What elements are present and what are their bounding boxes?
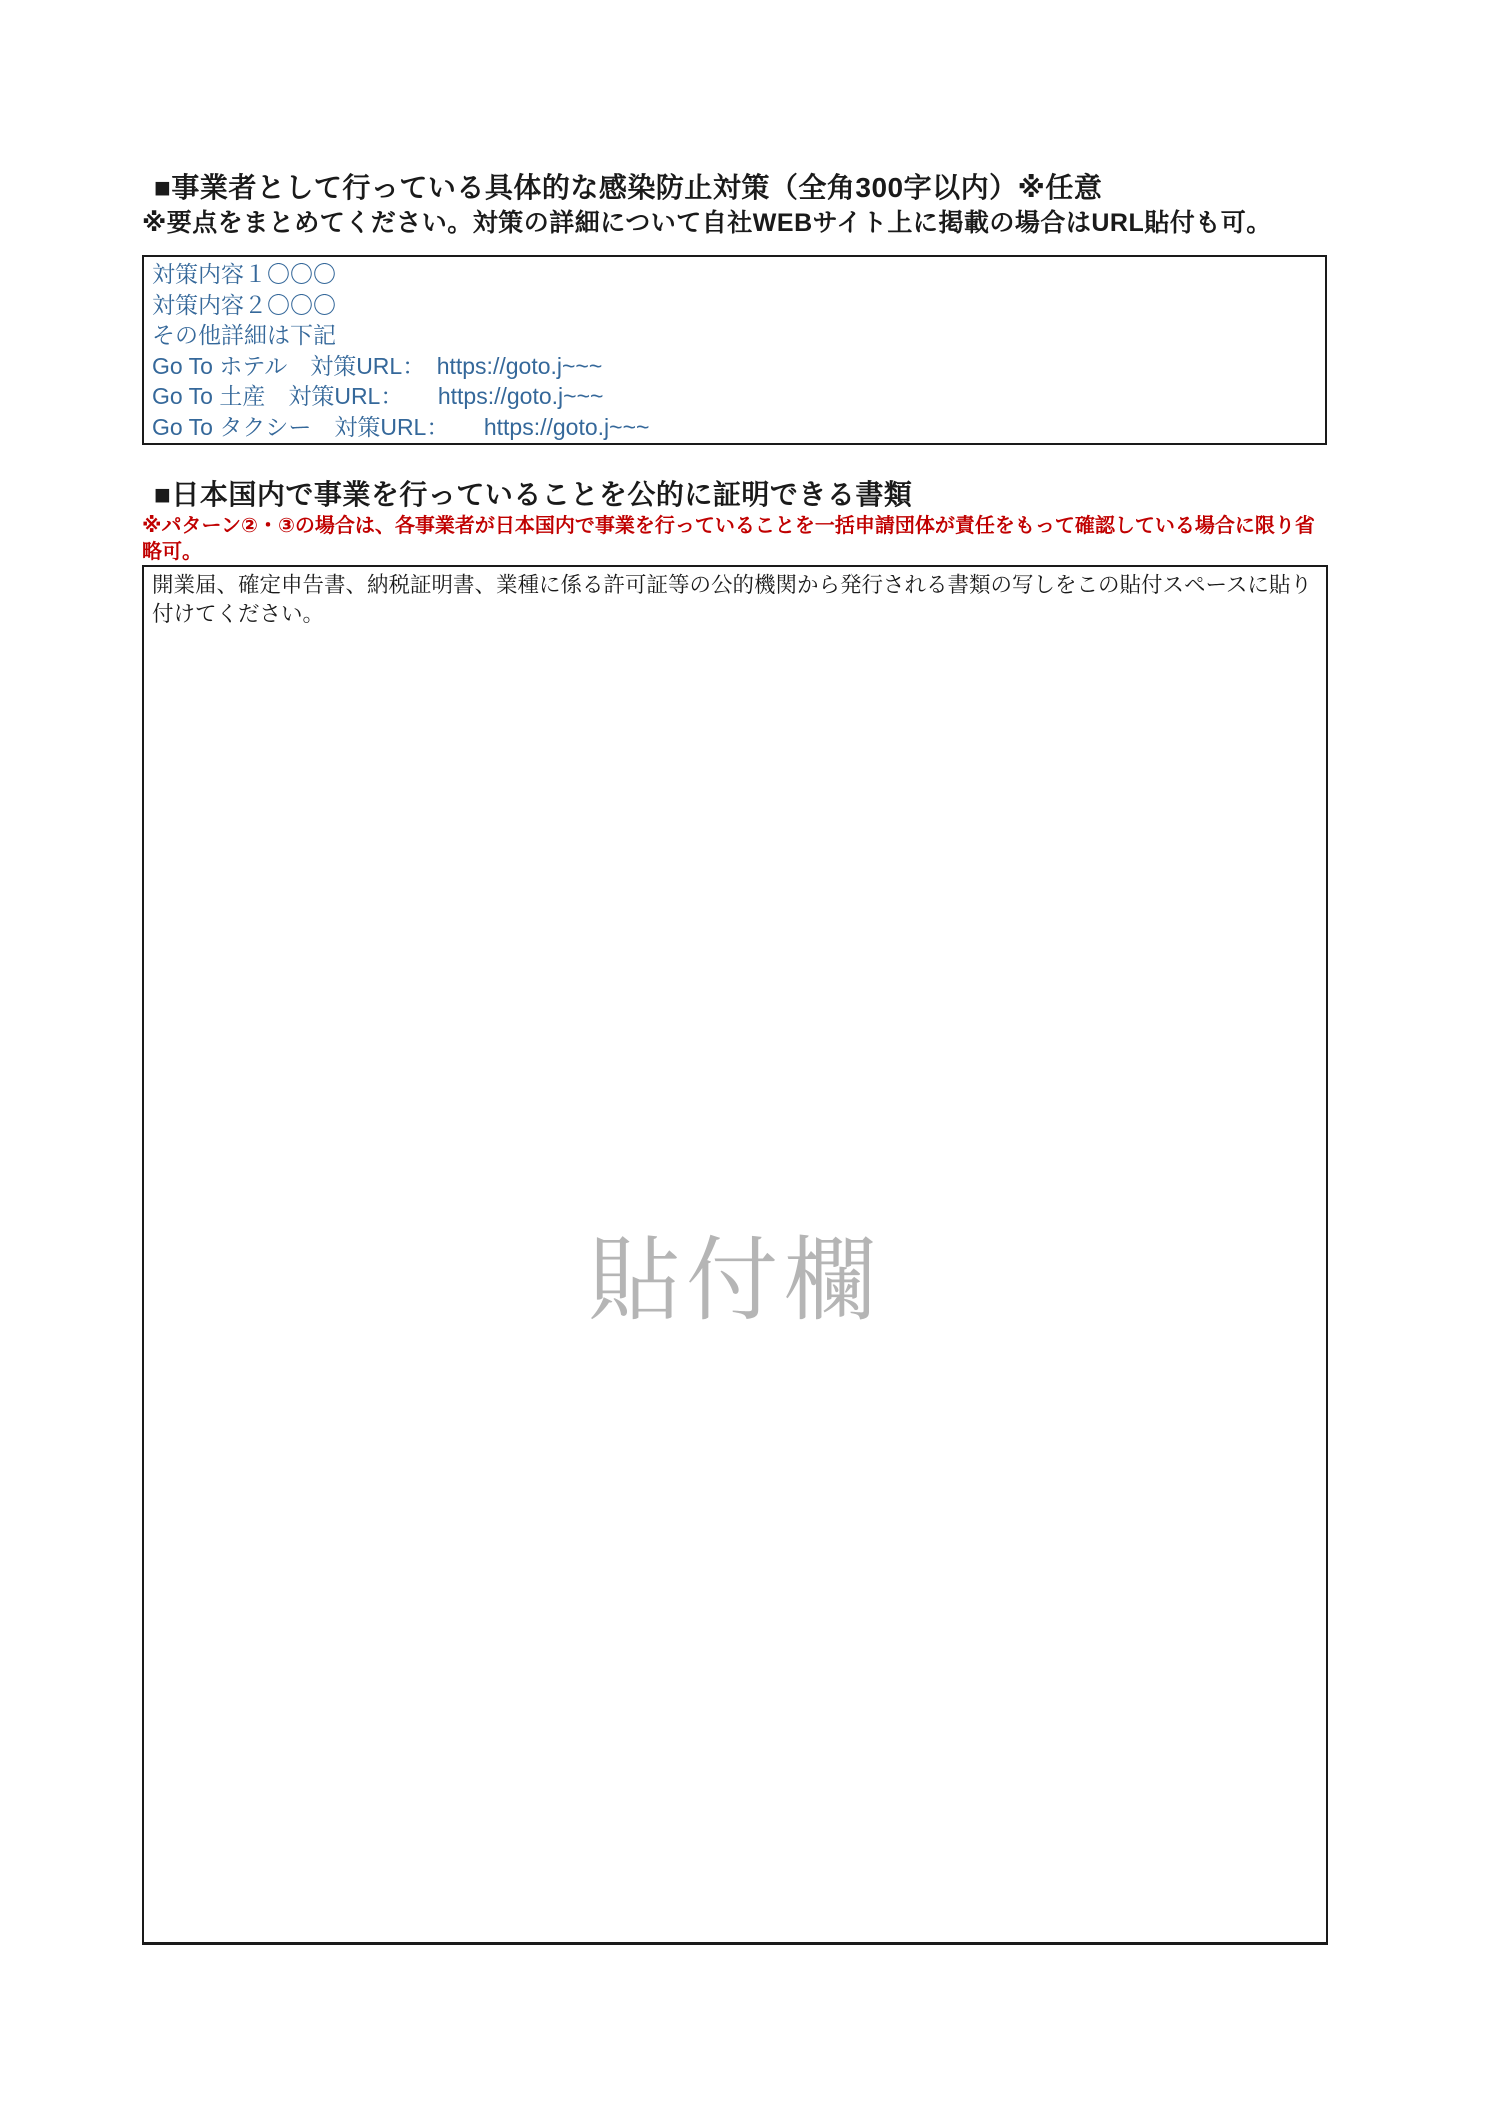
measure-line: Go To 土産 対策URL： https://goto.j~~~ [152, 381, 1317, 412]
document-page: ■事業者として行っている具体的な感染防止対策（全角300字以内）※任意 ※要点を… [0, 0, 1488, 2104]
business-proof-heading: ■日本国内で事業を行っていることを公的に証明できる書類 [142, 477, 1327, 513]
measure-line: その他詳細は下記 [152, 320, 1317, 351]
measures-entry-box: 対策内容１〇〇〇 対策内容２〇〇〇 その他詳細は下記 Go To ホテル 対策U… [142, 255, 1327, 445]
measure-line: Go To タクシー 対策URL： https://goto.j~~~ [152, 412, 1317, 443]
pattern-exemption-warning: ※パターン②・③の場合は、各事業者が日本国内で事業を行っていることを一括申請団体… [142, 513, 1327, 565]
infection-measures-heading: ■事業者として行っている具体的な感染防止対策（全角300字以内）※任意 [142, 170, 1327, 206]
infection-measures-note: ※要点をまとめてください。対策の詳細について自社WEBサイト上に掲載の場合はUR… [142, 206, 1327, 240]
measure-line: Go To ホテル 対策URL： https://goto.j~~~ [152, 351, 1317, 382]
paste-area-watermark: 貼付欄 [144, 1235, 1326, 1327]
measure-line: 対策内容１〇〇〇 [152, 259, 1317, 290]
document-paste-box: 開業届、確定申告書、納税証明書、業種に係る許可証等の公的機関から発行される書類の… [142, 565, 1328, 1945]
form-content: ■事業者として行っている具体的な感染防止対策（全角300字以内）※任意 ※要点を… [142, 170, 1327, 1945]
measure-line: 対策内容２〇〇〇 [152, 290, 1317, 321]
paste-instruction: 開業届、確定申告書、納税証明書、業種に係る許可証等の公的機関から発行される書類の… [144, 567, 1326, 629]
